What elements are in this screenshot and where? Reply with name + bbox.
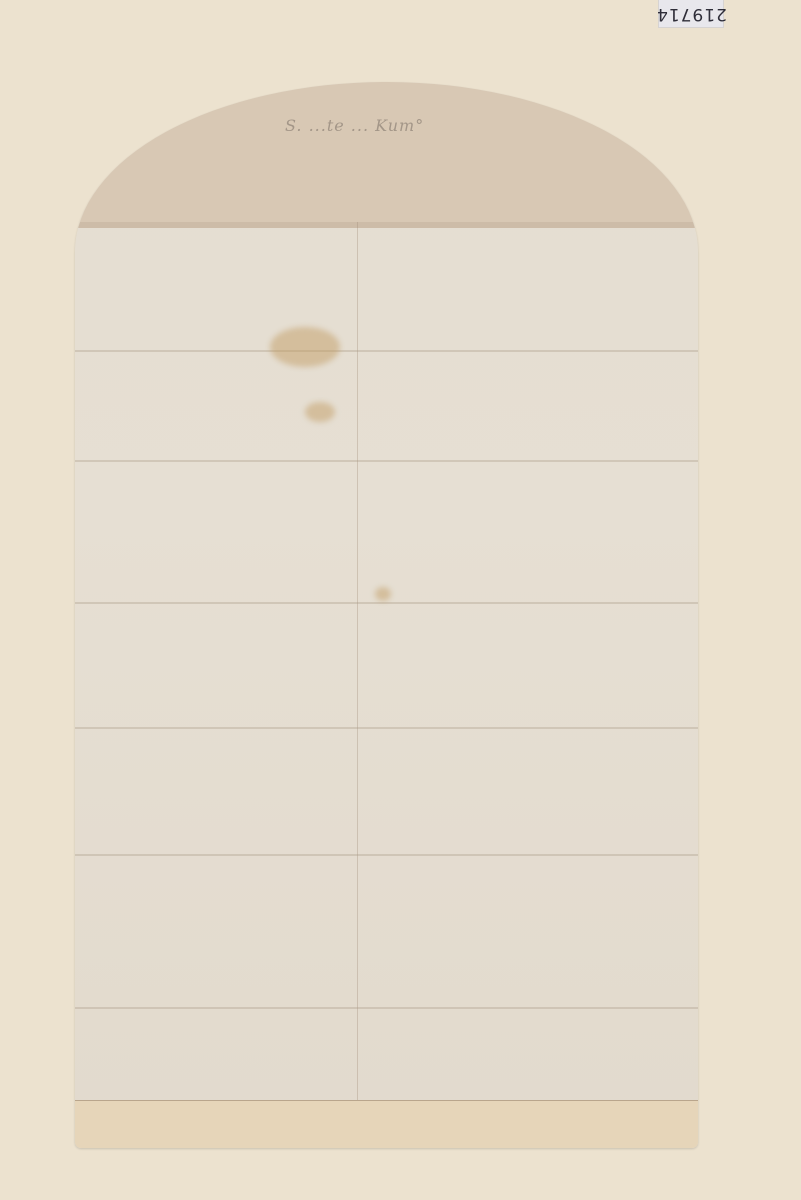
- horizontal-fold: [75, 727, 698, 729]
- arched-paper-sheet: S. ...te ... Kum°: [75, 82, 698, 1148]
- paper-surface: S. ...te ... Kum°: [75, 82, 698, 1148]
- horizontal-fold: [75, 460, 698, 462]
- horizontal-fold: [75, 1007, 698, 1009]
- horizontal-fold: [75, 854, 698, 856]
- stain: [375, 587, 391, 601]
- inventory-number: 219714: [656, 4, 727, 24]
- horizontal-fold: [75, 602, 698, 604]
- arch-tab: [75, 82, 698, 222]
- arch-join: [75, 222, 698, 228]
- bottom-strip: [75, 1100, 698, 1148]
- stain: [305, 402, 335, 422]
- pencil-inscription: S. ...te ... Kum°: [285, 116, 424, 135]
- horizontal-fold: [75, 350, 698, 352]
- inventory-label: 219714: [658, 0, 724, 28]
- vertical-fold: [357, 222, 358, 1122]
- stain: [270, 327, 340, 367]
